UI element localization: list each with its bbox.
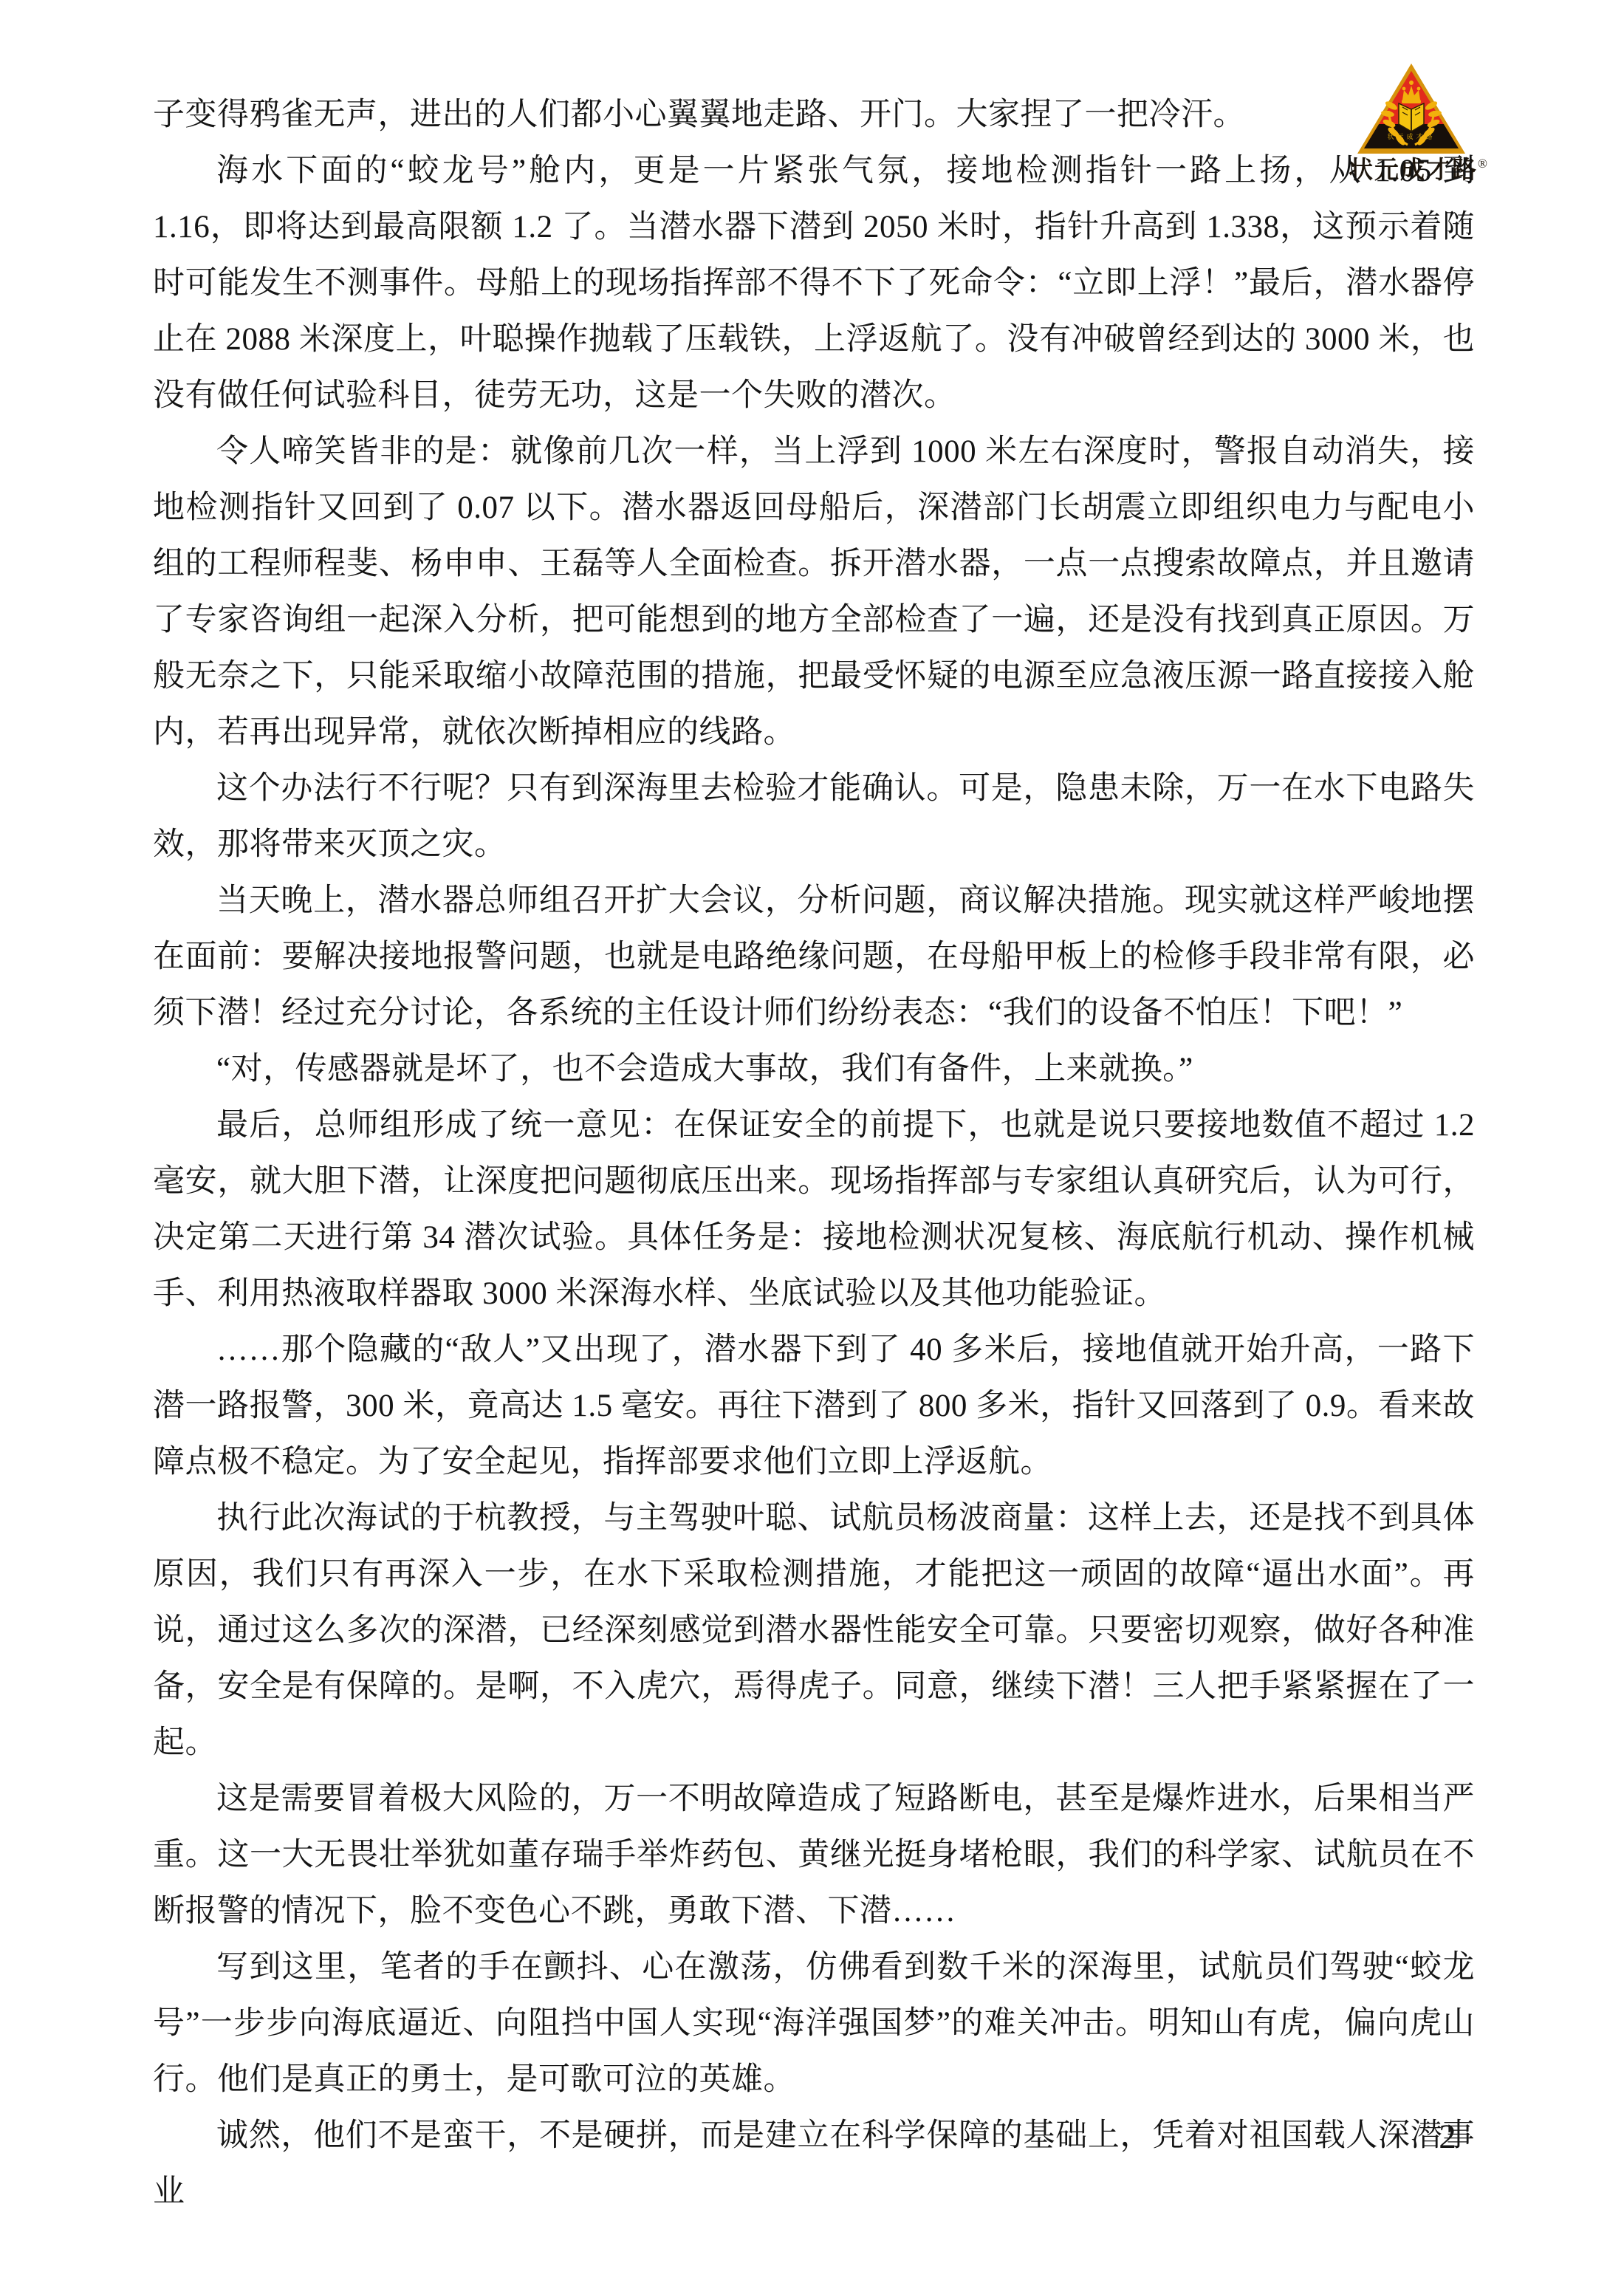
article-body: 子变得鸦雀无声，进出的人们都小心翼翼地走路、开门。大家捏了一把冷汗。 海水下面的… bbox=[153, 87, 1475, 2220]
paragraph: 写到这里，笔者的手在颤抖、心在激荡，仿佛看到数千米的深海里，试航员们驾驶“蛟龙号… bbox=[153, 1940, 1475, 2108]
paragraph: 当天晚上，潜水器总师组召开扩大会议，分析问题，商议解决措施。现实就这样严峻地摆在… bbox=[153, 873, 1475, 1041]
paragraph: 诚然，他们不是蛮干，不是硬拼，而是建立在科学保障的基础上，凭着对祖国载人深潜事业 bbox=[153, 2108, 1475, 2220]
paragraph: “对，传感器就是坏了，也不会造成大事故，我们有备件，上来就换。” bbox=[153, 1041, 1475, 1098]
paragraph: 子变得鸦雀无声，进出的人们都小心翼翼地走路、开门。大家捏了一把冷汗。 bbox=[153, 87, 1475, 143]
paragraph: 令人啼笑皆非的是：就像前几次一样，当上浮到 1000 米左右深度时，警报自动消失… bbox=[153, 424, 1475, 761]
paragraph: 海水下面的“蛟龙号”舱内，更是一片紧张气氛，接地检测指针一路上扬，从 1.05 … bbox=[153, 143, 1475, 424]
document-page: 状元成才路 状元成才路® 子变得鸦雀无声，进出的人们都小心翼翼地走路、开门。大家… bbox=[0, 0, 1624, 2269]
paragraph: 最后，总师组形成了统一意见：在保证安全的前提下，也就是说只要接地数值不超过 1.… bbox=[153, 1098, 1475, 1322]
paragraph: 这个办法行不行呢？只有到深海里去检验才能确认。可是，隐患未除，万一在水下电路失效… bbox=[153, 761, 1475, 873]
registered-trademark: ® bbox=[1478, 157, 1487, 171]
paragraph: 执行此次海试的于杭教授，与主驾驶叶聪、试航员杨波商量：这样上去，还是找不到具体原… bbox=[153, 1491, 1475, 1771]
paragraph: 这是需要冒着极大风险的，万一不明故障造成了短路断电，甚至是爆炸进水，后果相当严重… bbox=[153, 1771, 1475, 1940]
paragraph: ……那个隐藏的“敌人”又出现了，潜水器下到了 40 多米后，接地值就开始升高，一… bbox=[153, 1322, 1475, 1491]
page-number: 2 bbox=[1418, 2118, 1477, 2155]
